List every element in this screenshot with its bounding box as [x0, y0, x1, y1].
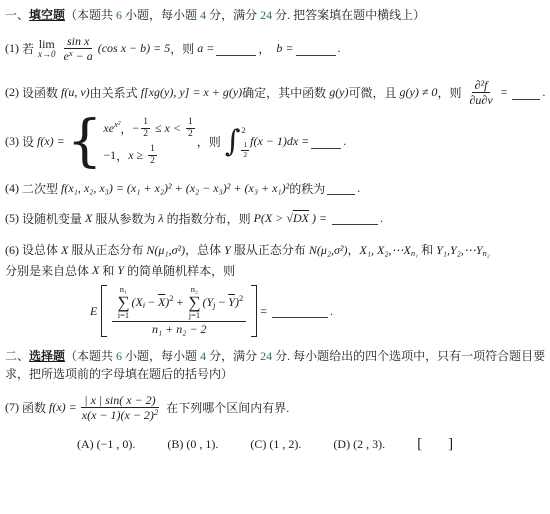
question-2: (2) 设函数 f(u, v) 由关系式 f[xg(y), y] = x + g… [5, 78, 546, 108]
question-6-line1: (6) 设总体 X 服从正态分布 N(μ₁,σ²) ，总体 Y 服从正态分布 N… [5, 240, 546, 260]
math-text: = [498, 85, 511, 100]
math-text: ≤ x < [152, 121, 184, 136]
math-text: x ≥ [128, 148, 146, 163]
fraction-denominator: 2 [243, 151, 247, 159]
fraction-numerator: | x | sin( x − 2) [81, 393, 158, 408]
math-text: g(y) ≠ 0 [400, 85, 438, 100]
fraction-numerator: sin x [64, 34, 92, 49]
section-1-heading: 一、填空题（本题共 6 小题，每小题 4 分，满分 24 分. 把答案填在题中横… [5, 6, 546, 24]
section-number: 一、 [5, 8, 29, 22]
superscript: 2 [239, 293, 243, 303]
integral-sign: ∫ [225, 127, 241, 157]
case-row: xex² ， − 12 ≤ x < 12 [103, 117, 196, 139]
exam-page: 一、填空题（本题共 6 小题，每小题 4 分，满分 24 分. 把答案填在题中横… [0, 0, 550, 453]
math-text: = [257, 304, 270, 319]
heading-text: 分，满分 [206, 8, 260, 22]
punctuation: . [380, 211, 383, 226]
sum-lower: j=1 [189, 311, 200, 320]
integral-lower: 12 [241, 141, 249, 159]
score-digit: 24 [260, 349, 272, 363]
superscript: x [69, 48, 73, 58]
chinese-text: 设随机变量 [22, 210, 85, 227]
fraction: n₁∑i=1 (Xi − X)2 + n₂∑j=1 (Yj − Y)2 n₁ +… [112, 285, 246, 336]
answer-bracket-left: [ [417, 436, 422, 453]
chinese-text: 的指数分布，则 [164, 210, 254, 227]
case-row: −1 ， x ≥ 12 [103, 144, 196, 166]
fraction-numerator: 1 [186, 117, 195, 128]
math-text: X₁, X₂,⋯X [360, 240, 411, 260]
sum-stack: n₂∑j=1 [188, 285, 200, 319]
chinese-text: ，则 [437, 84, 464, 101]
sqrt-radicand: DX [293, 211, 309, 226]
mini-fraction: 12 [186, 117, 195, 139]
math-text: + [174, 295, 187, 309]
fraction-denominator: n₁ + n₂ − 2 [149, 322, 210, 336]
y-bar: Y [228, 295, 235, 309]
math-text: X [61, 240, 68, 260]
fraction-denominator: 2 [188, 129, 193, 139]
chinese-text: 可微，且 [349, 84, 400, 101]
math-text: f[xg(y), y] = x + g(y) [141, 85, 242, 100]
question-3: (3) 设 f(x) = { xex² ， − 12 ≤ x < 12 −1 ，… [5, 117, 546, 167]
blank-line [311, 135, 341, 149]
subscript: n₂ [483, 246, 490, 260]
punctuation: . [357, 181, 360, 196]
question-6-line2: 分别是来自总体 X 和 Y 的简单随机样本，则 [5, 262, 546, 279]
question-4: (4) 二次型 f(x₁, x₂, x₃) = (x₁ + x₂)² + (x₂… [5, 180, 546, 197]
fraction: sin x ex − a [61, 34, 96, 64]
math-text: N(μ₁,σ²) [146, 240, 185, 260]
sigma-sign: ∑ [188, 294, 200, 311]
section-number: 二、 [5, 349, 29, 363]
integral-upper: 2 [241, 125, 249, 135]
fraction-numerator: n₁∑i=1 (Xi − X)2 + n₂∑j=1 (Yj − Y)2 [112, 285, 246, 322]
blank-line [216, 42, 256, 56]
piecewise-cases: xex² ， − 12 ≤ x < 12 −1 ， x ≥ 12 [103, 117, 196, 166]
math-text: N(μ₂,σ²) [309, 240, 348, 260]
punctuation: ， [348, 240, 360, 260]
question-7: (7) 函数 f(x) = | x | sin( x − 2) x(x − 1)… [5, 393, 546, 423]
question-number: (3) [5, 134, 22, 149]
piecewise-brace: { [67, 117, 103, 167]
chinese-text: 和 [99, 262, 117, 279]
math-text: a = [197, 41, 214, 56]
blank-line [296, 42, 336, 56]
chinese-text: ， [258, 40, 276, 57]
section-title: 选择题 [29, 349, 65, 363]
math-text: − [132, 121, 139, 136]
math-text: P(X > [254, 211, 287, 226]
subscript: i [143, 300, 145, 310]
math-text: X [92, 263, 99, 278]
expectation-symbol: E [90, 304, 97, 319]
blank-line [327, 181, 355, 195]
question-1: (1) 若 limx→0 sin x ex − a (cos x − b) = … [5, 34, 546, 64]
superscript: 2 [169, 293, 173, 303]
math-text: g(y) [329, 85, 348, 100]
score-digit: 24 [260, 8, 272, 22]
fraction-denominator: ex − a [61, 49, 96, 63]
blank-line [272, 304, 328, 318]
fraction-numerator: ∂²f [472, 78, 491, 93]
fraction-numerator: 1 [148, 144, 157, 155]
option-d: (D) (2 , 3). [333, 437, 385, 452]
chinese-text: 服从正态分布 [231, 240, 309, 260]
mini-fraction: 12 [141, 117, 150, 139]
math-text: xe [103, 121, 114, 136]
chinese-text: 在下列哪个区间内有界. [163, 399, 289, 416]
chinese-text: 服从正态分布 [68, 240, 146, 260]
question-number: (7) [5, 400, 22, 415]
lim-subscript: x→0 [38, 50, 56, 59]
answer-bracket-right: ] [448, 436, 453, 453]
question-number: (2) [5, 85, 22, 100]
chinese-text: 设总体 [22, 240, 61, 260]
math-text: − [145, 295, 158, 309]
integral-limits: 2 12 [241, 125, 249, 159]
superscript: 2 [154, 407, 158, 417]
fraction: | x | sin( x − 2) x(x − 1)(x − 2)2 [79, 393, 161, 423]
chinese-text: 若 [22, 40, 37, 57]
sum-lower: i=1 [118, 311, 129, 320]
math-text: f(x − 1)dx = [250, 134, 309, 149]
chinese-text: ，则 [170, 40, 197, 57]
limit-stack: limx→0 [38, 38, 56, 59]
section-2-heading: 二、选择题（本题共 6 小题，每小题 4 分，满分 24 分. 每小题给出的四个… [5, 347, 546, 383]
option-b: (B) (0 , 1). [167, 437, 218, 452]
math-text: f(x) = [49, 400, 77, 415]
heading-text: （本题共 [65, 349, 116, 363]
question-number: (5) [5, 211, 22, 226]
sum-stack: n₁∑i=1 [117, 285, 129, 319]
math-text: f(x) = [37, 134, 65, 149]
heading-text: 分. 把答案填在题中横线上） [272, 8, 425, 22]
chinese-text: 服从参数为 [92, 210, 158, 227]
subscript: j [213, 300, 215, 310]
chinese-text: 和 [418, 240, 436, 260]
chinese-text: 的秩为 [289, 180, 325, 197]
question-5: (5) 设随机变量 X 服从参数为 λ 的指数分布，则 P(X > √ DX )… [5, 210, 546, 227]
math-text: b = [276, 41, 293, 56]
chinese-text: 分别是来自总体 [5, 262, 92, 279]
fraction-denominator: 2 [150, 156, 155, 166]
question-number: (1) [5, 41, 22, 56]
math-text: x(x − 1)(x − 2) [82, 408, 154, 422]
integral: ∫ 2 12 [225, 125, 249, 159]
math-text: ) = [309, 211, 330, 226]
chinese-text: ，则 [197, 133, 224, 150]
option-c: (C) (1 , 2). [250, 437, 301, 452]
heading-text: （本题共 [65, 8, 116, 22]
chinese-text: 二次型 [22, 180, 61, 197]
math-text: −1 [103, 148, 116, 163]
punctuation: ， [120, 120, 132, 137]
fraction: ∂²f ∂u∂v [466, 78, 495, 108]
math-text: − [216, 295, 229, 309]
question-number: (6) [5, 240, 22, 260]
blank-line [332, 211, 378, 225]
big-bracket-left [101, 285, 107, 336]
chinese-text: 的简单随机样本，则 [124, 262, 235, 279]
fraction-denominator: x(x − 1)(x − 2)2 [79, 408, 161, 422]
mini-fraction: 12 [148, 144, 157, 166]
option-a: (A) (−1 , 0). [77, 437, 135, 452]
punctuation: . [343, 134, 346, 149]
chinese-text: 设函数 [22, 84, 61, 101]
math-text: Y [117, 263, 124, 278]
math-text: Y [224, 240, 231, 260]
fraction-numerator: 1 [141, 117, 150, 128]
math-text: (cos x − b) = 5 [98, 41, 171, 56]
math-text: (X [131, 295, 142, 309]
punctuation: ， [116, 147, 128, 164]
question-number: (4) [5, 181, 22, 196]
chinese-text: 设 [22, 133, 37, 150]
math-text: f(x₁, x₂, x₃) = (x₁ + x₂)² + (x₂ − x₃)² … [61, 181, 289, 196]
punctuation: . [338, 41, 341, 56]
question-6-formula: E n₁∑i=1 (Xi − X)2 + n₂∑j=1 (Yj − Y)2 n₁… [90, 285, 546, 336]
heading-text: 小题，每小题 [122, 8, 200, 22]
math-text: X [85, 211, 92, 226]
superscript: x² [114, 119, 120, 129]
chinese-text: 由关系式 [90, 84, 141, 101]
chinese-text: 确定，其中函数 [242, 84, 329, 101]
section-title: 填空题 [29, 8, 65, 22]
math-text: Y₁,Y₂,⋯Y [436, 240, 482, 260]
fraction-denominator: ∂u∂v [466, 93, 495, 107]
sigma-sign: ∑ [117, 294, 129, 311]
punctuation: . [330, 304, 333, 319]
math-text: (Y [202, 295, 213, 309]
chinese-text: 函数 [22, 399, 49, 416]
heading-text: 小题，每小题 [122, 349, 200, 363]
sqrt-sign: √ [286, 211, 293, 226]
math-text: − a [73, 49, 93, 63]
fraction-denominator: 2 [143, 129, 148, 139]
question-7-options: (A) (−1 , 0). (B) (0 , 1). (C) (1 , 2). … [5, 436, 546, 453]
heading-text: 分，满分 [206, 349, 260, 363]
chinese-text: ，总体 [185, 240, 224, 260]
punctuation: . [542, 85, 545, 100]
subscript: n₁ [411, 246, 418, 260]
math-text: f(u, v) [61, 85, 90, 100]
blank-line [512, 86, 540, 100]
